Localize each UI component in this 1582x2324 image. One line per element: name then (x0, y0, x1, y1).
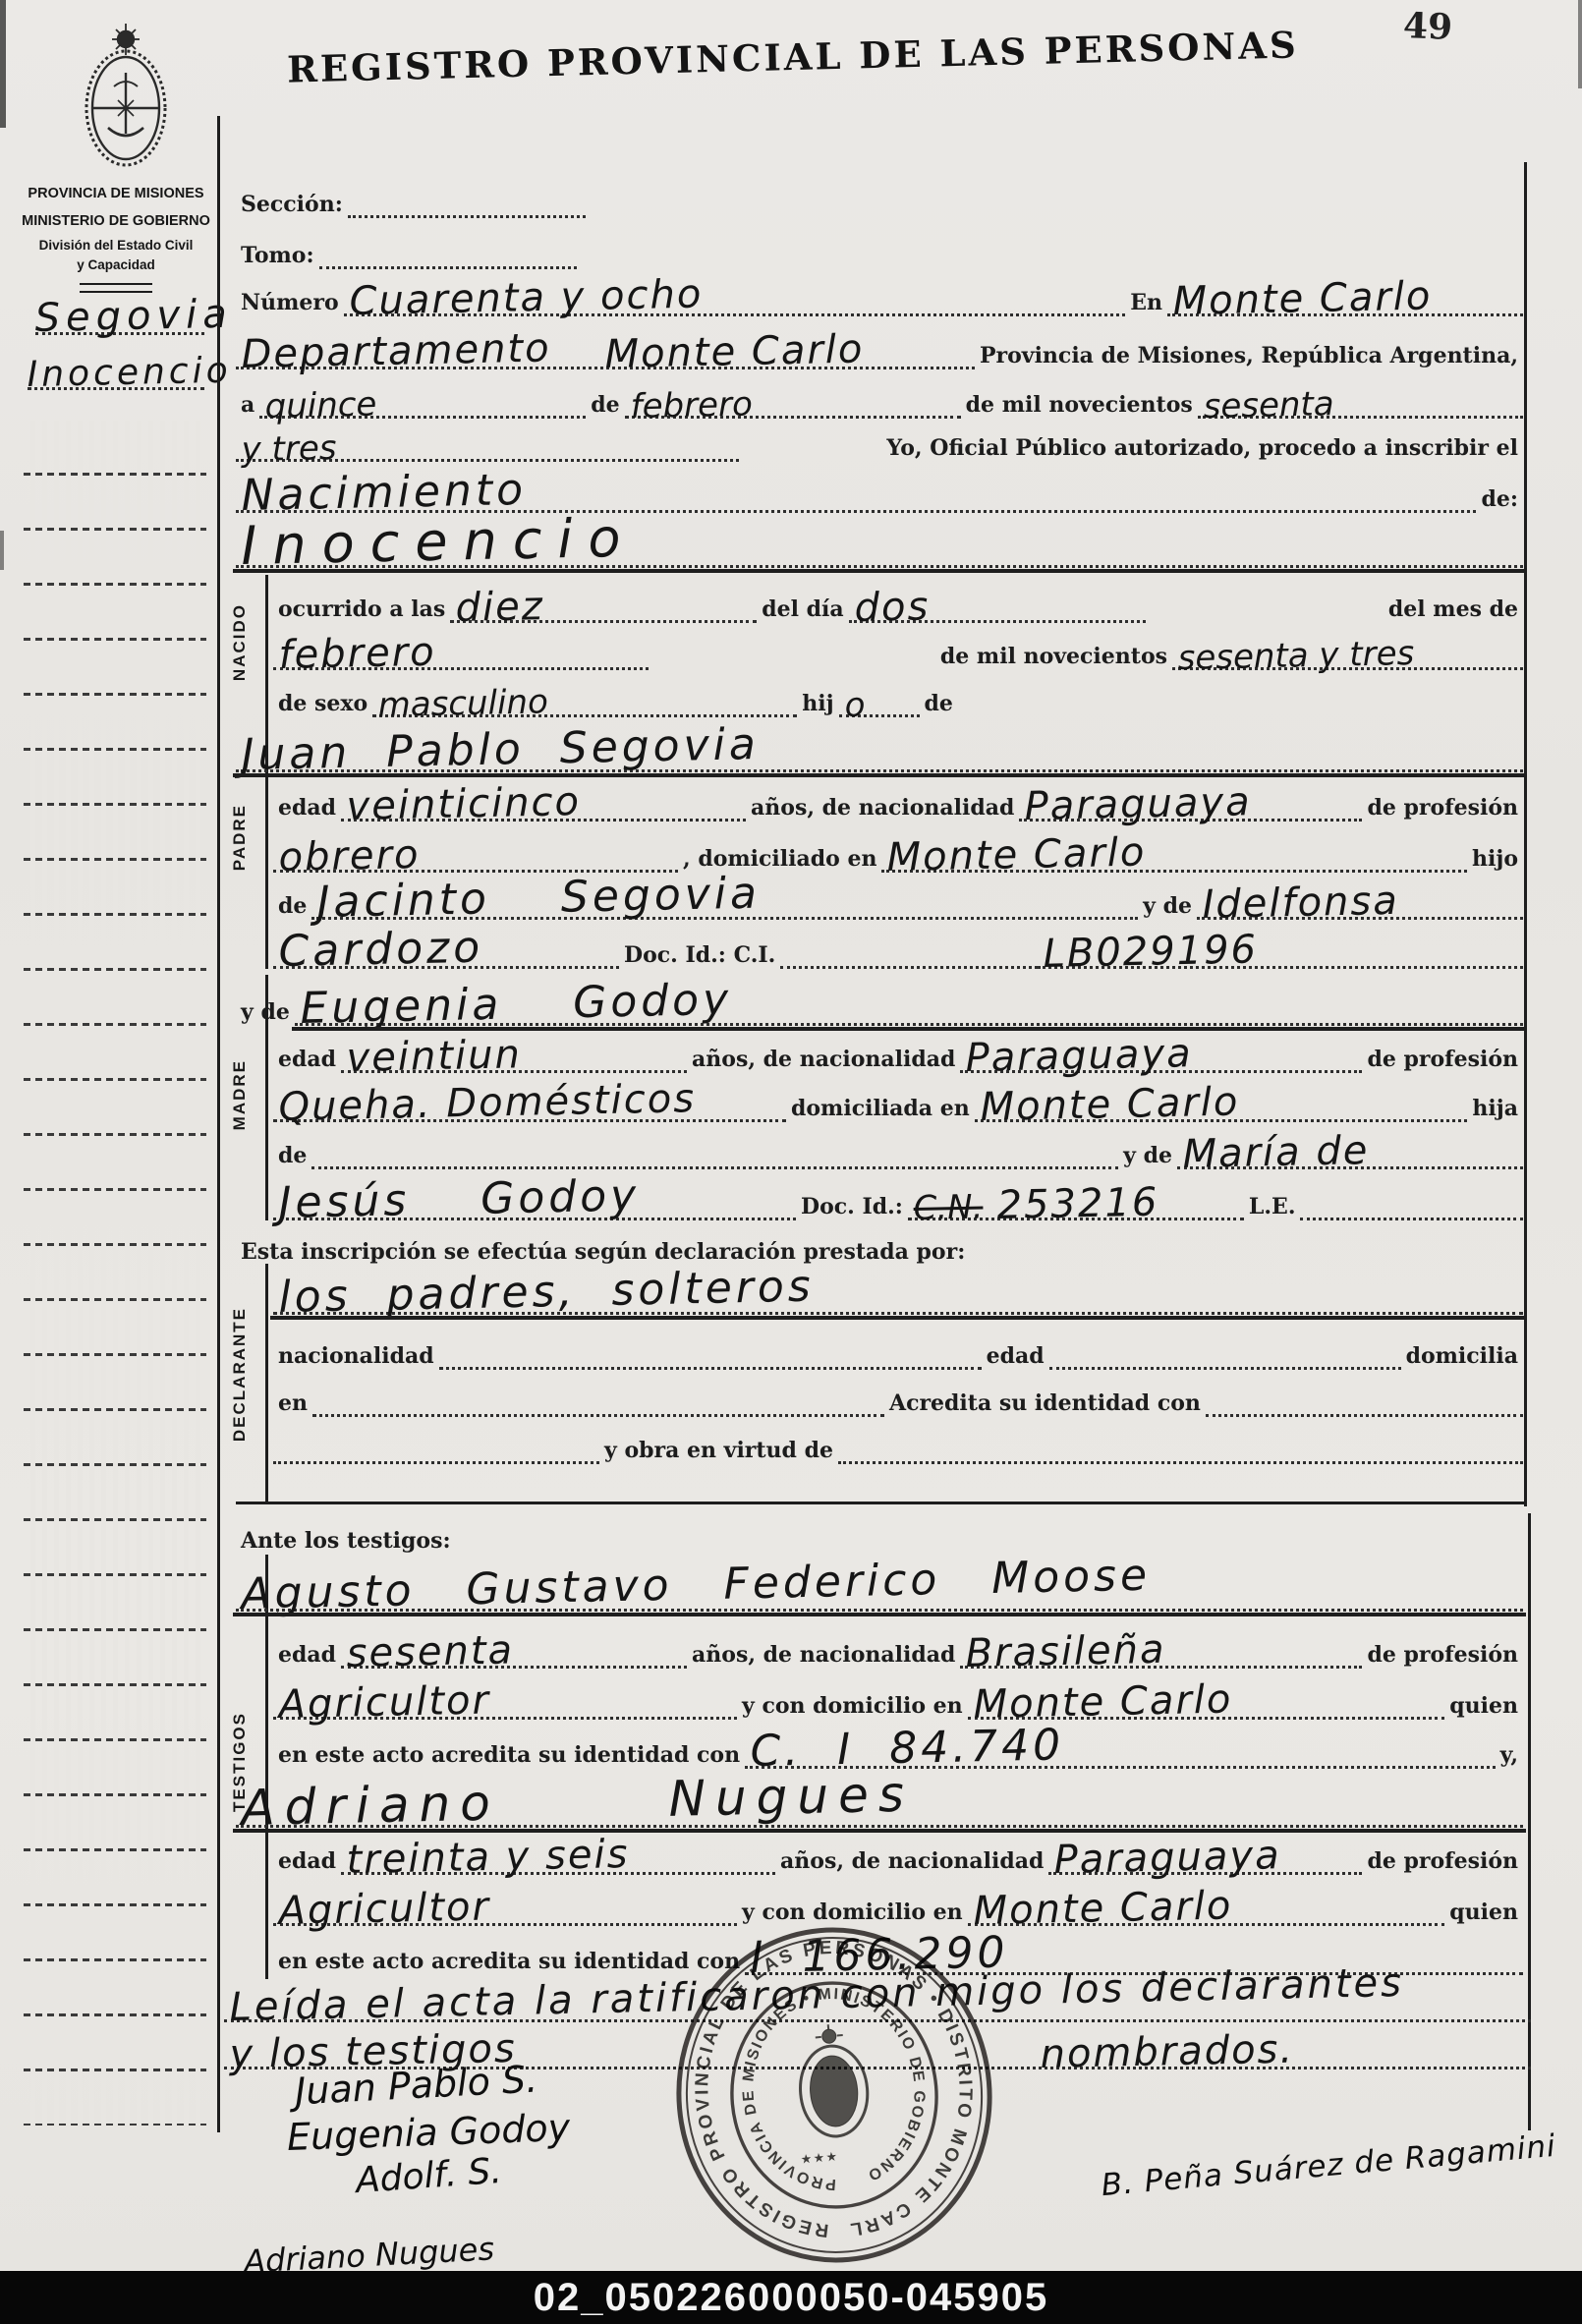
testigo2-nombre: Adriano Nugues (241, 1770, 914, 1833)
madre-edad-field: veintiun (341, 1031, 687, 1073)
madre-nombre: Eugenia Godoy (300, 979, 732, 1031)
t2-edad-value: treinta y seis (346, 1835, 630, 1880)
t2-edad-label: edad (273, 1848, 341, 1876)
padre-dom-field: Monte Carlo (881, 830, 1467, 873)
row-nacido-3: de sexo masculino hij o de (273, 672, 958, 717)
row-departamento: Departamento Monte Carlo Provincia de Mi… (236, 318, 1523, 369)
section-label-madre: MADRE (230, 1059, 250, 1130)
seccion-label: Sección: (236, 192, 348, 219)
en-label: En (1125, 290, 1167, 317)
madre-doc-blank (1300, 1210, 1523, 1220)
registry-stamp: REGISTRO PROVINCIAL DE LAS PERSONAS • DI… (635, 1887, 1035, 2302)
row-inscripto: Inocencio (236, 507, 1523, 568)
row-padre-1: edad veinticinco años, de nacionalidad P… (273, 776, 1523, 822)
office-line-2: MINISTERIO DE GOBIERNO (18, 207, 214, 235)
padre-nac-field: Paraguaya (1019, 779, 1362, 822)
a-label: a (236, 392, 259, 420)
padre-edad-label: edad (273, 795, 341, 822)
desexo-label: de sexo (273, 691, 372, 718)
t1-quien-label: quien (1444, 1693, 1523, 1721)
padre-doc-label: Doc. Id.: C.I. (619, 942, 780, 970)
padre-abuela2-value: Cardozo (278, 927, 484, 974)
hij-field: o (839, 681, 920, 717)
row-padre-3: de Jacinto Segovia y de Idelfonsa (273, 873, 1523, 920)
anionac-field: sesenta y tres (1172, 634, 1523, 670)
padre-doc-blank (780, 958, 1038, 969)
row-ante-testigos: Ante los testigos: (236, 1515, 456, 1555)
row-madre-4: Jesús Godoy Doc. Id.: C.N. 253216 L.E. (273, 1169, 1523, 1220)
row-tomo: Tomo: (236, 230, 577, 269)
padre-prof-label: de profesión (1362, 795, 1523, 822)
padre-prof-value: obrero (278, 835, 421, 878)
row-declarante-3: y obra en virtud de (273, 1421, 1523, 1464)
padre-abuelo-value: Jacinto Segovia (316, 873, 761, 925)
numero-value: Cuarenta y ocho (349, 274, 704, 321)
row-madre-nombre: y de Eugenia Godoy (236, 973, 1523, 1026)
scan-footer-bar: 02_050226000050-045905 (0, 2271, 1582, 2324)
margin-ruled-lines (24, 421, 206, 2126)
row-nacido-2: febrero de mil novecientos sesenta y tre… (273, 625, 1523, 670)
t1-edad-label: edad (273, 1642, 341, 1670)
t1-prof-label: de profesión (1362, 1642, 1523, 1670)
madre-abuelo-blank (311, 1159, 1118, 1169)
padre-edad-field: veinticinco (341, 779, 746, 822)
departamento-value: Monte Carlo (604, 329, 865, 374)
row-testigo1-2: Agricultor y con domicilio en Monte Carl… (273, 1672, 1523, 1720)
scanned-birth-certificate: 49 REGISTRO PROVINCIAL DE LAS PERSONAS P… (0, 0, 1582, 2324)
mesnac-field: febrero (273, 628, 649, 670)
row-padre-nombre: Juan Pablo Segovia (236, 715, 1523, 772)
inscripto-field: Inocencio (236, 512, 1523, 568)
de-label: de (586, 392, 624, 420)
dianac-field: dos (849, 581, 1146, 623)
office-line-4: y Capacidad (18, 255, 214, 275)
madre-abuela-value: María de (1182, 1131, 1370, 1174)
row-anio2: y tres Yo, Oficial Público autorizado, p… (236, 417, 1523, 462)
mes-field: febrero (625, 382, 961, 419)
padre-nombre-field: Juan Pablo Segovia (236, 726, 1523, 772)
t1-prof-field: Agricultor (273, 1677, 737, 1720)
stamp-coat-of-arms: ★ ★ ★ (790, 2021, 874, 2166)
madre-doc-field: C.N. 253216 (908, 1178, 1244, 1220)
declarante-bottom-rule (236, 1502, 1525, 1504)
ocurrido-label: ocurrido a las (273, 596, 450, 624)
padre-abuela-field: Idelfonsa (1197, 878, 1523, 920)
section-label-declarante: DECLARANTE (230, 1307, 250, 1442)
t1-y-label: y, (1496, 1742, 1523, 1770)
decl-nacionalidad-field (439, 1359, 982, 1370)
section-label-padre: PADRE (230, 804, 250, 871)
madre-de-label: de (273, 1143, 311, 1170)
madre-dom-field: Monte Carlo (975, 1080, 1468, 1122)
padre-abuelo-field: Jacinto Segovia (311, 874, 1138, 920)
declarado-por-value: los padres, solteros (278, 1266, 815, 1320)
t1-doc-field: C. I 84.740 (745, 1723, 1496, 1769)
row-declaracion-valor: los padres, solteros (273, 1262, 1523, 1315)
madre-yde-label: y de (236, 999, 295, 1027)
decl-virtud-blank (273, 1453, 599, 1464)
t2-nac-field: Paraguaya (1048, 1833, 1362, 1875)
madre-edad-label: edad (273, 1047, 341, 1074)
row-padre-4: Cardozo Doc. Id.: C.I. LB029196 (273, 920, 1523, 969)
signature-tercero: Adolf. S. (355, 2151, 503, 2201)
row-testigo2-1: edad treinta y seis años, de nacionalida… (273, 1830, 1523, 1875)
hora-value: diez (455, 587, 544, 628)
madre-dom-value: Monte Carlo (980, 1082, 1240, 1127)
madre-nac-field: Paraguaya (960, 1031, 1362, 1073)
t1-dom-label: y con domicilio en (737, 1693, 968, 1721)
departamento-word: Departamento (241, 328, 551, 374)
dia-field: quince (259, 382, 586, 419)
row-madre-3: de y de María de (273, 1122, 1523, 1169)
t2-dom-value: Monte Carlo (973, 1886, 1233, 1931)
t1-edad-field: sesenta (341, 1626, 687, 1669)
padre-de-label: de (273, 893, 311, 921)
t2-prof-value: Agricultor (278, 1887, 490, 1931)
anio2-field: y tres (236, 425, 739, 462)
padre-nombre: Juan Pablo Segovia (241, 723, 760, 777)
mesnac-value: febrero (278, 633, 436, 675)
madre-doc-value: 253216 (996, 1183, 1159, 1225)
t2-nac-label: años, de nacionalidad (775, 1848, 1048, 1876)
signature-madre: Eugenia Godoy (286, 2106, 571, 2159)
madre-doc-suffix: L.E. (1244, 1194, 1301, 1221)
acto-field: Nacimiento (236, 467, 1476, 513)
hij-label: hij (797, 691, 838, 718)
row-acto: Nacimiento de: (236, 458, 1523, 513)
padre-doc-field: LB029196 (1038, 927, 1523, 969)
svg-text:★ ★ ★: ★ ★ ★ (801, 2151, 837, 2166)
row-padre-2: obrero , domiciliado en Monte Carlo hijo (273, 825, 1523, 873)
row-madre-2: Queha. Domésticos domiciliada en Monte C… (273, 1075, 1523, 1122)
document-code: 02_050226000050-045905 (534, 2276, 1049, 2320)
madre-edad-value: veintiun (346, 1035, 522, 1078)
madre-nombre-field: Eugenia Godoy (295, 980, 1523, 1026)
numero-field: Cuarenta y ocho (344, 274, 1126, 316)
decl-acredita-field (1206, 1406, 1523, 1417)
t2-edad-field: treinta y seis (341, 1833, 775, 1875)
madre-yde2-label: y de (1118, 1143, 1177, 1170)
row-numero: Número Cuarenta y ocho En Monte Carlo (236, 265, 1523, 316)
sexo-field: masculino (372, 681, 797, 717)
row-seccion: Sección: (236, 179, 586, 218)
t1-prof-value: Agricultor (278, 1680, 490, 1725)
t1-nac-field: Brasileña (960, 1626, 1362, 1669)
row-madre-1: edad veintiun años, de nacionalidad Para… (273, 1028, 1523, 1073)
padre-prof-field: obrero (273, 830, 678, 873)
madre-dom-label: domiciliada en (786, 1096, 975, 1123)
t1-acredita-label: en este acto acredita su identidad con (273, 1742, 745, 1770)
anio-field: sesenta (1198, 382, 1523, 419)
padre-abuela2-field: Cardozo (273, 923, 619, 969)
lugar-field: Monte Carlo (1167, 274, 1523, 316)
scan-edge-mark (1578, 0, 1582, 88)
t2-nac-value: Paraguaya (1054, 1836, 1282, 1880)
row-testigo2-nombre: Adriano Nugues (236, 1769, 1523, 1828)
cierre-linea2b: nombrados. (1041, 2030, 1295, 2074)
madre-nac-value: Paraguaya (966, 1034, 1194, 1078)
padre-edad-value: veinticinco (346, 782, 581, 826)
t1-dom-field: Monte Carlo (968, 1677, 1445, 1720)
row-declarante-1: nacionalidad edad domicilia (273, 1327, 1523, 1370)
row-testigo1-nombre: Agusto Gustavo Federico Moose (236, 1551, 1523, 1612)
t1-nac-value: Brasileña (966, 1630, 1167, 1673)
madre-prof-value: Queha. Domésticos (278, 1079, 696, 1127)
t2-quien-label: quien (1444, 1899, 1523, 1927)
delmes-label: del mes de (1384, 596, 1523, 624)
margin-givenname: Inocencio (28, 350, 232, 390)
decl-virtud-label: y obra en virtud de (599, 1438, 838, 1465)
madre-nac-label: años, de nacionalidad (687, 1047, 960, 1074)
de3-label: de (920, 691, 958, 718)
row-nacido-1: ocurrido a las diez del día dos del mes … (273, 578, 1523, 623)
novecientos-label: de mil novecientos (961, 392, 1198, 420)
decl-edad-label: edad (982, 1343, 1049, 1371)
padre-doc-value: LB029196 (1043, 930, 1258, 974)
departamento-field: Departamento Monte Carlo (236, 327, 975, 369)
page-number: 49 (1402, 5, 1453, 48)
section-label-nacido: NACIDO (230, 603, 250, 681)
decl-virtud-field (838, 1453, 1523, 1464)
issuing-office-block: PROVINCIA DE MISIONES MINISTERIO DE GOBI… (18, 180, 214, 293)
numero-label: Número (236, 290, 344, 317)
declarante-bracket (265, 1264, 268, 1503)
madre-prof-field: Queha. Domésticos (273, 1080, 786, 1122)
scan-edge-mark (0, 531, 4, 570)
madre-abuela2-value: Jesús Godoy (278, 1174, 641, 1225)
padre-yde-label: y de (1138, 893, 1197, 921)
padre-dom-value: Monte Carlo (887, 832, 1148, 878)
nacido-bracket (265, 575, 268, 730)
declarado-por-field: los padres, solteros (273, 1269, 1523, 1315)
row-declarante-2: en Acredita su identidad con (273, 1374, 1523, 1417)
form-left-rule (217, 116, 220, 2132)
madre-prof-label: de profesión (1362, 1047, 1523, 1074)
padre-nac-label: años, de nacionalidad (746, 795, 1019, 822)
margin-surname: Segovia (35, 291, 233, 335)
deldia-label: del día (757, 596, 848, 624)
decl-en-label: en (273, 1390, 312, 1418)
t2-prof-label: de profesión (1362, 1848, 1523, 1876)
provincia-text: Provincia de Misiones, República Argenti… (975, 343, 1523, 370)
padre-hijo-label: hijo (1467, 846, 1523, 874)
coat-of-arms-icon (75, 18, 177, 173)
testigo1-nombre-field: Agusto Gustavo Federico Moose (236, 1565, 1523, 1612)
anionac-value: sesenta y tres (1177, 637, 1414, 675)
row-testigo1-3: en este acto acredita su identidad con C… (273, 1722, 1523, 1769)
decl-nacionalidad-label: nacionalidad (273, 1343, 439, 1371)
office-line-1: PROVINCIA DE MISIONES (18, 180, 214, 207)
madre-doc-label: Doc. Id.: (796, 1194, 908, 1221)
lugar-value: Monte Carlo (1172, 276, 1433, 321)
novecientos2-label: de mil novecientos (935, 644, 1172, 671)
dianac-value: dos (854, 587, 931, 628)
madre-doc-tachado: C.N. (913, 1191, 983, 1225)
t1-nac-label: años, de nacionalidad (687, 1642, 960, 1670)
madre-abuela-field: María de (1177, 1127, 1523, 1169)
madre-abuela2-field: Jesús Godoy (273, 1174, 796, 1220)
padre-abuela-value: Idelfonsa (1202, 881, 1399, 925)
decl-edad-field (1049, 1359, 1401, 1370)
t2-dom-field: Monte Carlo (968, 1884, 1445, 1926)
testigo1-nombre: Agusto Gustavo Federico Moose (241, 1555, 1151, 1616)
form-right-rule (1524, 162, 1527, 1506)
row-testigo1-1: edad sesenta años, de nacionalidad Brasi… (273, 1623, 1523, 1669)
office-line-3: División del Estado Civil (18, 236, 214, 255)
testigo2-nombre-field: Adriano Nugues (236, 1776, 1523, 1828)
t1-dom-value: Monte Carlo (973, 1679, 1233, 1725)
t1-edad-value: sesenta (346, 1630, 514, 1673)
decl-en-field (312, 1406, 884, 1417)
seccion-field (348, 207, 586, 218)
hora-field: diez (450, 581, 757, 623)
scan-edge-mark (0, 0, 6, 128)
padre-nac-value: Paraguaya (1025, 782, 1253, 826)
row-fecha: a quince de febrero de mil novecientos s… (236, 371, 1523, 419)
page-title: REGISTRO PROVINCIAL DE LAS PERSONAS (287, 23, 1300, 90)
decl-acredita-label: Acredita su identidad con (884, 1390, 1206, 1418)
row-declaracion-intro: Esta inscripción se efectúa según declar… (236, 1226, 970, 1266)
madre-hija-label: hija (1467, 1096, 1523, 1123)
inscripto-nombre: Inocencio (241, 512, 637, 573)
decl-domicilia-label: domicilia (1401, 1343, 1523, 1371)
signature-oficial: B. Peña Suárez de Ragamini (1100, 2128, 1557, 2203)
